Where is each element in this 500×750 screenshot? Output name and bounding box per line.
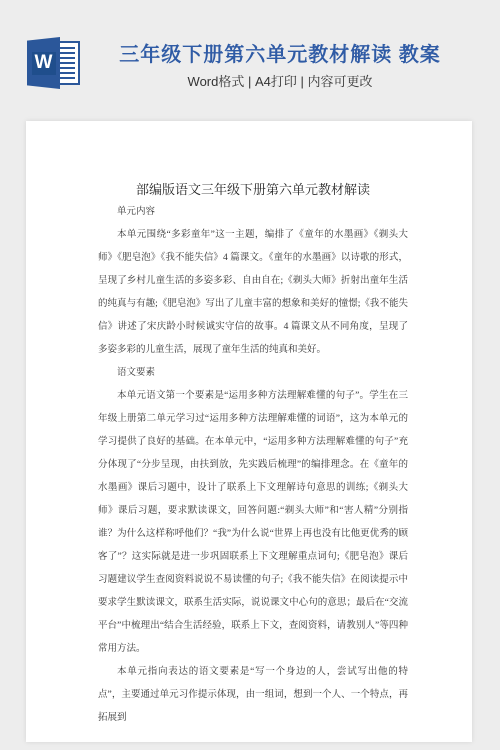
document-paragraph: 本单元围绕“多彩童年”这一主题，编排了《童年的水墨画》《剃头大师》《肥皂泡》《我… — [98, 224, 408, 362]
page-background: W 三年级下册第六单元教材解读 教案 Word格式 | A4打印 | 内容可更改… — [0, 0, 500, 750]
document-paragraph: 本单元指向表达的语文要素是“写一个身边的人，尝试写出他的特点”，主要通过单元习作… — [98, 661, 408, 730]
document-paragraphs: 单元内容本单元围绕“多彩童年”这一主题，编排了《童年的水墨画》《剃头大师》《肥皂… — [98, 201, 408, 730]
document-paragraph: 语文要素 — [98, 362, 408, 385]
document-title: 部编版语文三年级下册第六单元教材解读 — [98, 178, 408, 201]
page-subtitle: Word格式 | A4打印 | 内容可更改 — [60, 74, 500, 89]
header-text-block: 三年级下册第六单元教材解读 教案 Word格式 | A4打印 | 内容可更改 — [60, 43, 500, 89]
word-icon-letter: W — [32, 52, 56, 75]
header: W 三年级下册第六单元教材解读 教案 Word格式 | A4打印 | 内容可更改 — [0, 0, 500, 120]
word-icon-cover: W — [27, 37, 60, 89]
page-title: 三年级下册第六单元教材解读 教案 — [60, 43, 500, 67]
document-paragraph: 单元内容 — [98, 201, 408, 224]
document-preview-page: 部编版语文三年级下册第六单元教材解读 单元内容本单元围绕“多彩童年”这一主题，编… — [26, 121, 472, 742]
document-paragraph: 本单元语文第一个要素是“运用多种方法理解难懂的句子”。学生在三年级上册第二单元学… — [98, 385, 408, 661]
document-content: 部编版语文三年级下册第六单元教材解读 单元内容本单元围绕“多彩童年”这一主题，编… — [26, 121, 472, 742]
word-icon-letter-text: W — [35, 52, 53, 74]
